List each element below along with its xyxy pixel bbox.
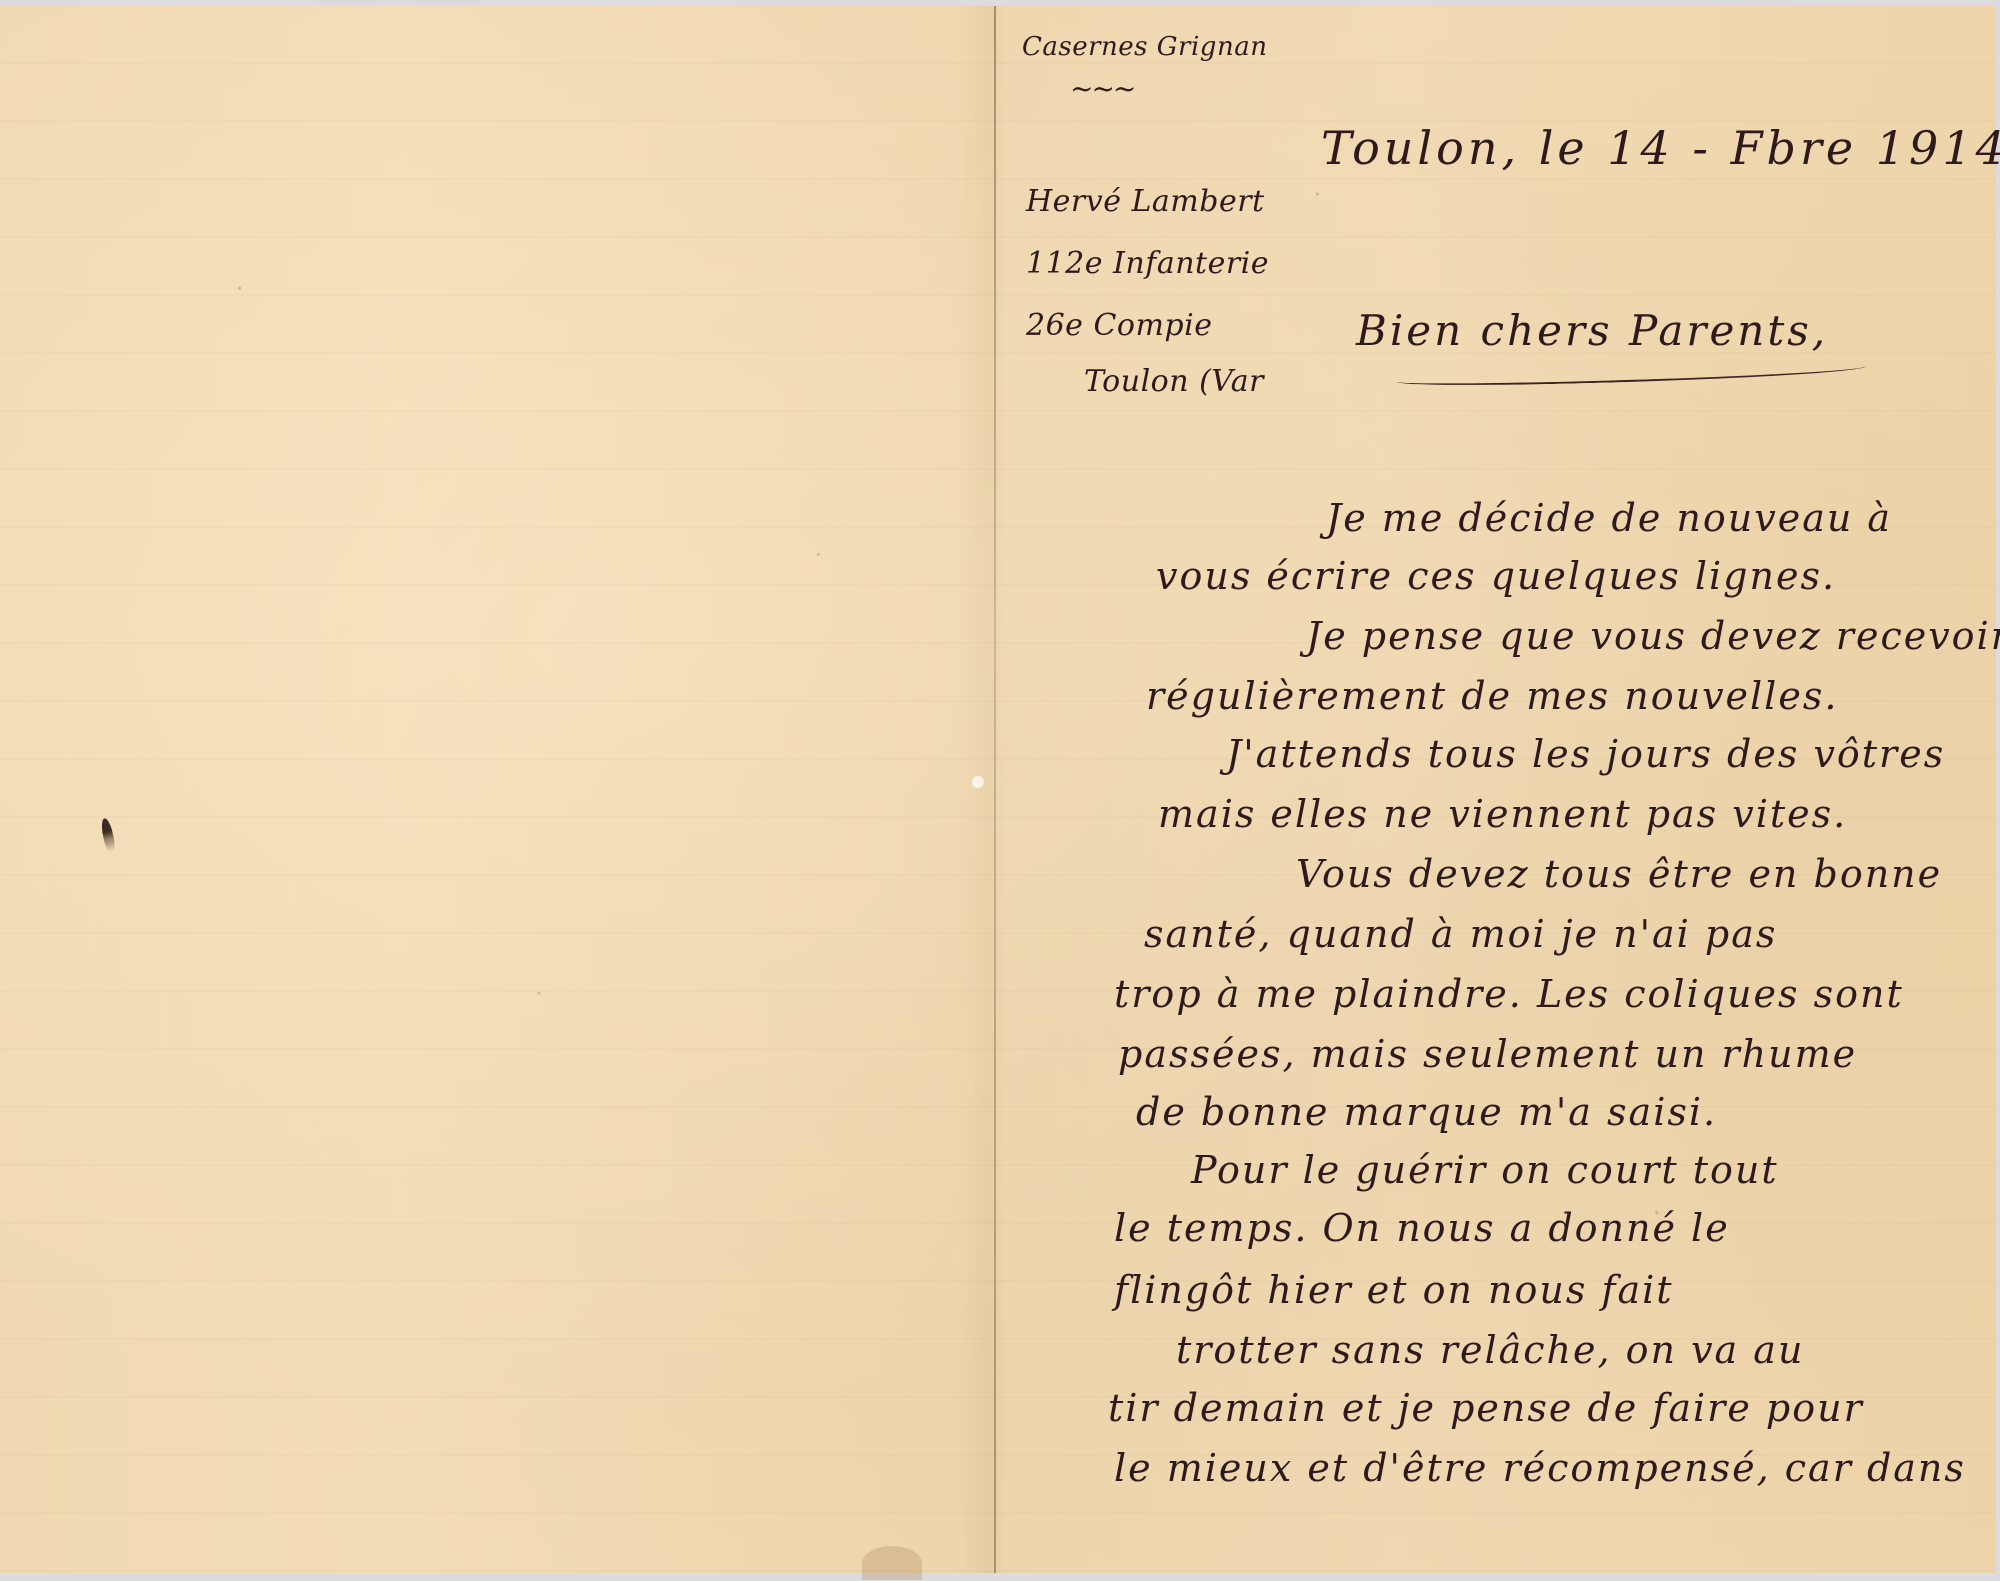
letter-scan: Casernes Grignan ~~~ Toulon, le 14 - Fbr… bbox=[0, 6, 1996, 1573]
body-line: de bonne marque m'a saisi. bbox=[1136, 1090, 1717, 1134]
barracks-header: Casernes Grignan bbox=[1022, 32, 1267, 62]
body-line: J'attends tous les jours des vôtres bbox=[1226, 732, 1945, 776]
body-line: flingôt hier et on nous fait bbox=[1114, 1268, 1674, 1312]
body-line: passées, mais seulement un rhume bbox=[1118, 1032, 1857, 1076]
body-line: trotter sans relâche, on va au bbox=[1176, 1328, 1804, 1372]
right-page-letter: Casernes Grignan ~~~ Toulon, le 14 - Fbr… bbox=[996, 6, 1996, 1573]
body-line: vous écrire ces quelques lignes. bbox=[1156, 554, 1836, 598]
sender-city: Toulon (Var bbox=[1084, 364, 1264, 399]
salutation: Bien chers Parents, bbox=[1356, 306, 1828, 355]
body-line: le mieux et d'être récompensé, car dans bbox=[1114, 1446, 1966, 1490]
left-page-blank bbox=[0, 6, 994, 1573]
body-line: santé, quand à moi je n'ai pas bbox=[1144, 912, 1777, 956]
body-line: Vous devez tous être en bonne bbox=[1296, 852, 1942, 896]
sender-unit: 112e Infanterie bbox=[1026, 246, 1269, 281]
ink-blot-mark bbox=[100, 817, 117, 852]
sender-name: Hervé Lambert bbox=[1026, 184, 1265, 219]
date-line: Toulon, le 14 - Fbre 1914. bbox=[1321, 121, 2000, 175]
pinhole-mark bbox=[972, 776, 984, 788]
body-line: le temps. On nous a donné le bbox=[1114, 1206, 1730, 1250]
body-line: régulièrement de mes nouvelles. bbox=[1146, 674, 1838, 718]
body-line: Je pense que vous devez recevoir bbox=[1306, 614, 2000, 658]
body-line: Je me décide de nouveau à bbox=[1326, 496, 1892, 540]
body-line: trop à me plaindre. Les coliques sont bbox=[1114, 972, 1904, 1016]
flourish-decoration: ~~~ bbox=[1070, 72, 1134, 105]
body-line: mais elles ne viennent pas vites. bbox=[1158, 792, 1847, 836]
salutation-underline bbox=[1396, 360, 1866, 388]
body-line: Pour le guérir on court tout bbox=[1191, 1148, 1779, 1192]
sender-company: 26e Compie bbox=[1026, 308, 1212, 343]
body-line: tir demain et je pense de faire pour bbox=[1108, 1386, 1864, 1430]
water-stain bbox=[862, 1546, 922, 1580]
